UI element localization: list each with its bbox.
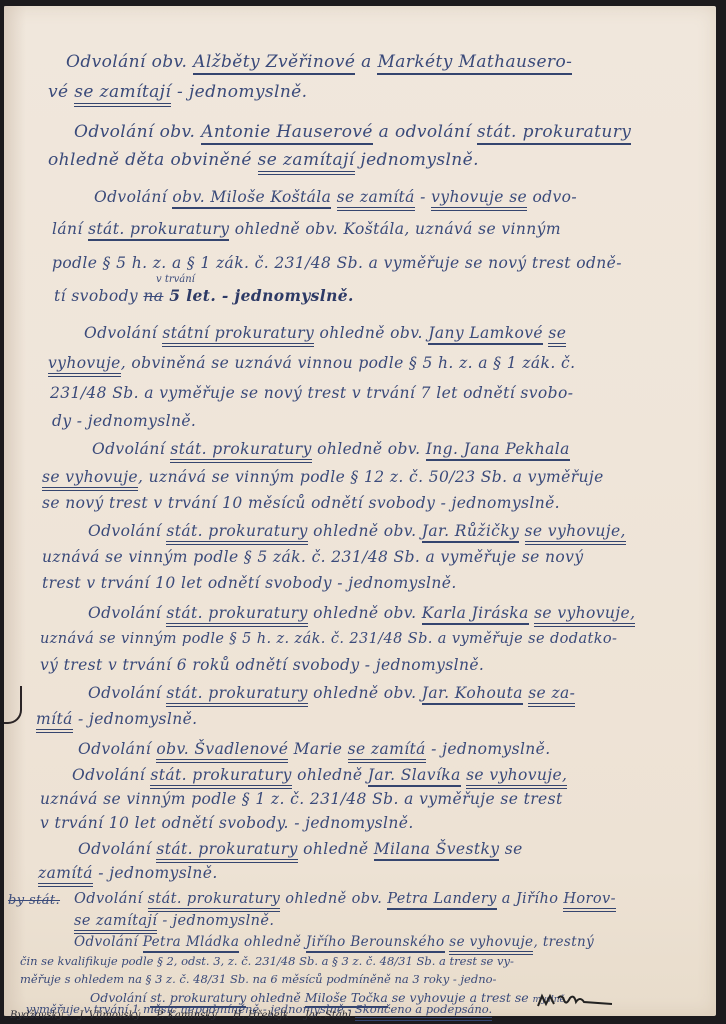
torn-edge xyxy=(4,686,22,724)
prosecutor: stát. prokuratury xyxy=(166,604,307,627)
text: Odvolání xyxy=(84,324,162,342)
prosecutor: stát. prokuratury xyxy=(166,684,307,707)
defendant-name: Jar. Slavíka xyxy=(368,766,461,787)
paragraph-10-line-3: v trvání 10 let odnětí svobody. - jednom… xyxy=(40,816,414,832)
text: - jednomyslně. xyxy=(426,740,551,758)
text: Odvolání obv. xyxy=(74,122,201,142)
paragraph-11-line-2: zamítá - jednomyslně. xyxy=(38,866,218,882)
defendant-name: Horov- xyxy=(563,891,616,912)
text xyxy=(331,188,336,206)
prosecutor: státní prokuratury xyxy=(162,324,314,347)
text: se nový trest v trvání 10 měsíců odnětí … xyxy=(42,494,560,512)
text: 5 let. - jednomyslně. xyxy=(163,286,353,305)
text: čin se kvalifikuje podle § 2, odst. 3, z… xyxy=(20,954,514,968)
defendant-name: Jar. Kohouta xyxy=(422,684,523,705)
text: ohledně xyxy=(298,840,374,858)
verdict: se vyhovuje, xyxy=(525,522,626,545)
text: Odvolání xyxy=(78,840,156,858)
prosecutor: stát. prokuratury xyxy=(156,840,297,863)
prosecutor: stát. prokuratury xyxy=(170,440,311,463)
closing-statement: Skončeno a podepsáno. xyxy=(355,1002,492,1021)
verdict: se vyhovuje xyxy=(449,934,533,955)
margin-note: by stát. xyxy=(8,894,60,907)
signature: Bydžovský xyxy=(10,1010,63,1021)
text: podle § 5 h. z. a § 1 zák. č. 231/48 Sb.… xyxy=(52,254,622,272)
document-page: Odvolání obv. Alžběty Zvěřinové a Markét… xyxy=(4,6,716,1016)
paragraph-4-line-4: dy - jednomyslně. xyxy=(52,414,196,430)
text: ohledně obv. xyxy=(312,440,426,458)
verdict: zamítá xyxy=(38,864,93,887)
verdict: se zamítají xyxy=(258,150,355,175)
text: ohledně xyxy=(239,934,306,950)
text: Odvolání xyxy=(74,934,143,950)
text: Odvolání xyxy=(94,188,172,206)
text: 231/48 Sb. a vyměřuje se nový trest v tr… xyxy=(50,384,573,402)
text: , uznává se vinným podle § 12 z. č. 50/2… xyxy=(138,468,604,486)
prosecutor: stát. prokuratury xyxy=(148,891,281,912)
paragraph-1-line-2: vé se zamítají - jednomyslně. xyxy=(48,84,307,101)
defendant-name: Karla Jiráska xyxy=(422,604,529,625)
prosecutor: stát. prokuratury xyxy=(166,522,307,545)
text: ohledně obv. xyxy=(308,522,422,540)
verdict: vyhovuje xyxy=(48,354,121,377)
text: dy - jednomyslně. xyxy=(52,412,196,430)
paragraph-2-line-1: Odvolání obv. Antonie Hauserové a odvolá… xyxy=(74,124,631,141)
verdict: se zamítají xyxy=(74,82,171,107)
verdict: se za- xyxy=(528,684,575,707)
prosecutor: stát. prokuratury xyxy=(88,220,229,241)
text: Odvolání xyxy=(88,522,166,540)
text: odvo- xyxy=(527,188,577,206)
text: Marie xyxy=(288,740,347,758)
text xyxy=(519,522,524,540)
verdict: vyhovuje se xyxy=(431,188,527,211)
paragraph-7-line-2: uznává se vinným podle § 5 h. z. zák. č.… xyxy=(40,632,617,647)
prosecutor: stát. prokuratury xyxy=(150,766,291,789)
paragraph-13-line-3: měřuje s ohledem na § 3 z. č. 48/31 Sb. … xyxy=(20,974,496,986)
text: - jednomyslně. xyxy=(73,710,198,728)
verdict: se vyhovuje, xyxy=(466,766,567,789)
paragraph-5-line-2: se vyhovuje, uznává se vinným podle § 12… xyxy=(42,470,604,486)
text: trest v trvání 10 let odnětí svobody - j… xyxy=(42,574,457,592)
defendant-name: Ing. Jana Pekhala xyxy=(426,440,570,461)
text: ohledně obv. xyxy=(314,324,428,342)
paragraph-4-line-1: Odvolání státní prokuratury ohledně obv.… xyxy=(84,326,566,342)
paragraph-12-line-2: se zamítají - jednomyslně. xyxy=(74,914,274,929)
paragraph-12-line-1: Odvolání stát. prokuratury ohledně obv. … xyxy=(74,892,616,907)
paragraph-5-line-3: se nový trest v trvání 10 měsíců odnětí … xyxy=(42,496,560,512)
text: uznává se vinným podle § 1 z. č. 231/48 … xyxy=(40,790,563,808)
text: Odvolání xyxy=(72,766,150,784)
defendant-name: Jany Lamkové xyxy=(428,324,543,345)
paragraph-4-line-3: 231/48 Sb. a vyměřuje se nový trest v tr… xyxy=(50,386,573,402)
text: ohledně xyxy=(292,766,368,784)
text: v trvání 10 let odnětí svobody. - jednom… xyxy=(40,814,414,832)
text: - xyxy=(415,188,431,206)
text: uznává se vinným podle § 5 h. z. zák. č.… xyxy=(40,631,617,647)
verdict: se zamítají xyxy=(74,913,157,934)
paragraph-3-line-4: tí svobody na 5 let. - jednomyslně. xyxy=(54,288,354,305)
text: a xyxy=(355,52,377,72)
paragraph-6-line-1: Odvolání stát. prokuratury ohledně obv. … xyxy=(88,524,626,540)
signature: J. Vlimovský xyxy=(79,1010,140,1021)
paragraph-4-line-2: vyhovuje, obviněná se uznává vinnou podl… xyxy=(48,356,575,372)
text: Odvolání obv. xyxy=(66,52,193,72)
text: vý trest v trvání 6 roků odnětí svobody … xyxy=(40,656,484,674)
text: ohledně obv. Koštála, uznává se vinným xyxy=(229,220,560,238)
paragraph-8-line-1: Odvolání stát. prokuratury ohledně obv. … xyxy=(88,686,575,702)
signature: Jar. Stáhl xyxy=(305,1010,351,1021)
paragraph-10-line-2: uznává se vinným podle § 1 z. č. 231/48 … xyxy=(40,792,563,808)
defendant-name: Milana Švestky xyxy=(374,840,500,861)
text: lání xyxy=(52,220,88,238)
verdict: se zamítá xyxy=(337,188,415,211)
defendant-name: Petra Landery xyxy=(387,891,497,910)
defendant-name: Jiřího Berounského xyxy=(306,934,445,953)
text: jednomyslně. xyxy=(355,150,479,170)
signatures: Bydžovský J. Vlimovský P. Kaminský H. Hř… xyxy=(10,1010,351,1021)
text: ohledně děta obviněné xyxy=(48,150,258,170)
paragraph-13-line-2: čin se kvalifikuje podle § 2, odst. 3, z… xyxy=(20,956,514,968)
text: tí svobody xyxy=(54,287,143,305)
text: Odvolání xyxy=(74,891,148,907)
text: měřuje s ohledem na § 3 z. č. 48/31 Sb. … xyxy=(20,972,496,986)
text: Odvolání xyxy=(92,440,170,458)
text: - jednomyslně. xyxy=(157,913,274,929)
defendant-name: Petra Mládka xyxy=(143,934,240,953)
verdict: se zamítá xyxy=(348,740,426,763)
text: - jednomyslně. xyxy=(171,82,307,102)
paragraph-7-line-3: vý trest v trvání 6 roků odnětí svobody … xyxy=(40,658,484,674)
paragraph-13-line-1: Odvolání Petra Mládka ohledně Jiřího Ber… xyxy=(74,936,594,950)
text: Odvolání xyxy=(88,684,166,702)
text: , obviněná se uznává vinnou podle § 5 h.… xyxy=(121,354,576,372)
paragraph-6-line-3: trest v trvání 10 let odnětí svobody - j… xyxy=(42,576,457,592)
defendant-name: Jar. Růžičky xyxy=(422,522,519,543)
paragraph-3-line-1: Odvolání obv. Miloše Koštála se zamítá -… xyxy=(94,190,577,206)
paragraph-6-line-2: uznává se vinným podle § 5 zák. č. 231/4… xyxy=(42,550,583,566)
paragraph-3-line-2: lání stát. prokuratury ohledně obv. Košt… xyxy=(52,222,561,238)
text: Odvolání xyxy=(88,604,166,622)
text: a Jiřího xyxy=(497,891,564,907)
verdict: se vyhovuje xyxy=(42,468,138,491)
paragraph-2-line-2: ohledně děta obviněné se zamítají jednom… xyxy=(48,152,479,169)
verdict: se xyxy=(548,324,566,347)
defendant-name: Markéty Mathausero- xyxy=(377,52,572,75)
verdict: se vyhovuje, xyxy=(534,604,635,627)
text: uznává se vinným podle § 5 zák. č. 231/4… xyxy=(42,548,583,566)
text: ohledně obv. xyxy=(280,891,387,907)
defendant-name: obv. Švadlenové xyxy=(156,740,288,763)
paragraph-8-line-2: mítá - jednomyslně. xyxy=(36,712,198,728)
text: - jednomyslně. xyxy=(93,864,218,882)
paragraph-3-line-3: podle § 5 h. z. a § 1 zák. č. 231/48 Sb.… xyxy=(52,256,622,272)
defendant-name: Antonie Hauserové xyxy=(201,122,373,145)
paragraph-10-line-1: Odvolání stát. prokuratury ohledně Jar. … xyxy=(72,768,567,784)
paragraph-11-line-1: Odvolání stát. prokuratury ohledně Milan… xyxy=(78,842,523,858)
defendant-name: obv. Miloše Koštála xyxy=(172,188,331,209)
struck-text: na xyxy=(143,287,163,305)
text: Odvolání xyxy=(78,740,156,758)
verdict: mítá xyxy=(36,710,73,733)
paragraph-9-line-1: Odvolání obv. Švadlenové Marie se zamítá… xyxy=(78,742,551,758)
text: a odvolání xyxy=(373,122,477,142)
paragraph-7-line-1: Odvolání stát. prokuratury ohledně obv. … xyxy=(88,606,635,622)
signature-scribble-icon xyxy=(536,990,616,1012)
text: vé xyxy=(48,82,74,102)
text: , trestný xyxy=(533,934,594,950)
inserted-text: v trvání xyxy=(156,274,195,285)
text: ohledně obv. xyxy=(308,684,422,702)
struck-text: by stát. xyxy=(8,893,60,908)
text: ohledně obv. xyxy=(308,604,422,622)
prosecutor: stát. prokuratury xyxy=(477,122,631,145)
signature: H. Hřebejk xyxy=(233,1010,289,1021)
defendant-name: Alžběty Zvěřinové xyxy=(193,52,355,75)
signature: P. Kaminský xyxy=(156,1010,216,1021)
text: se xyxy=(499,840,522,858)
paragraph-5-line-1: Odvolání stát. prokuratury ohledně obv. … xyxy=(92,442,570,458)
paragraph-1-line-1: Odvolání obv. Alžběty Zvěřinové a Markét… xyxy=(66,54,572,71)
